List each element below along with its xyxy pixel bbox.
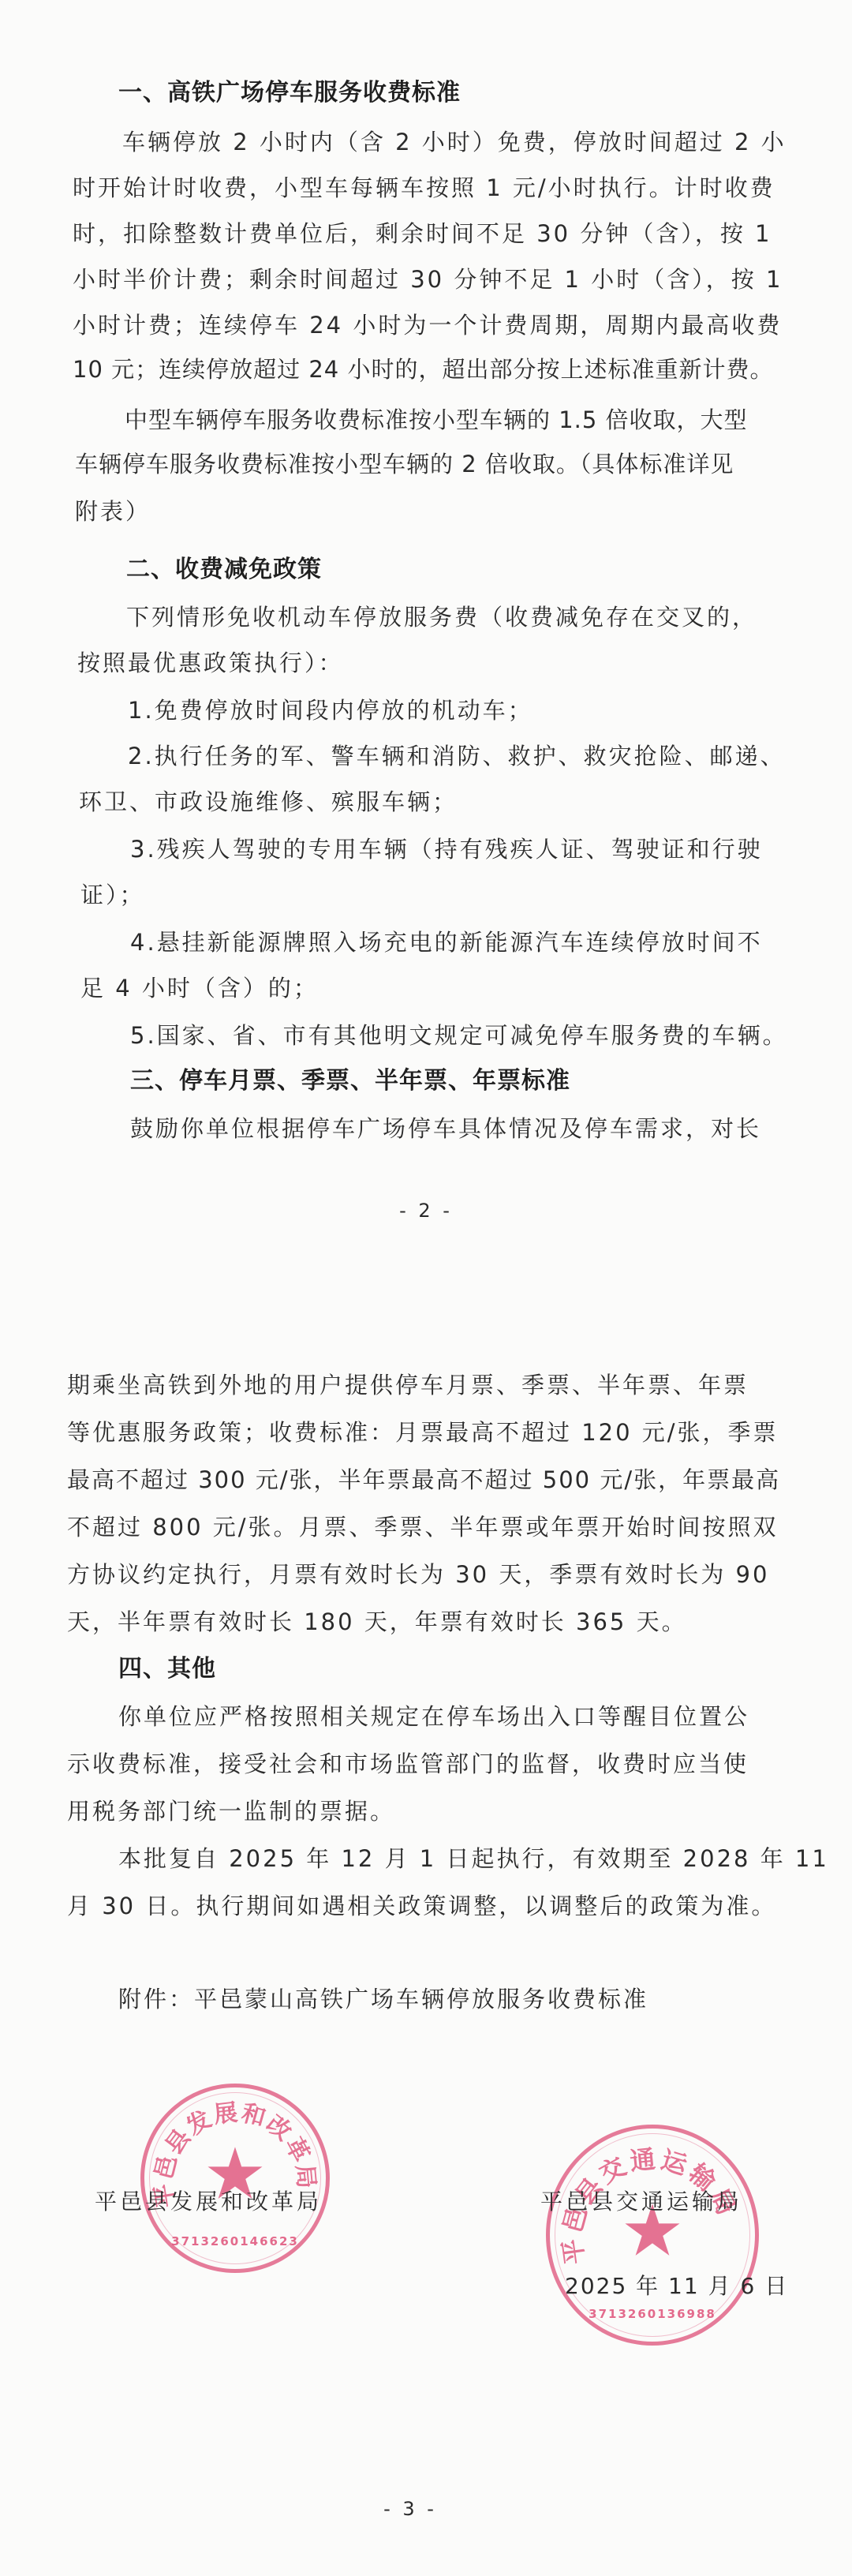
- paragraph-line: 你单位应严格按照相关规定在停车场出入口等醒目位置公: [118, 1701, 749, 1732]
- list-item: 5.国家、省、市有其他明文规定可减免停车服务费的车辆。: [130, 1020, 788, 1051]
- paragraph-line: 时，扣除整数计费单位后，剩余时间不足 30 分钟（含），按 1: [73, 218, 772, 249]
- paragraph-line: 用税务部门统一监制的票据。: [67, 1795, 395, 1827]
- seal-code: 3713260146623: [144, 2234, 326, 2248]
- signature-org-left: 平邑县发展和改革局: [95, 2185, 322, 2216]
- paragraph-line: 月 30 日。执行期间如遇相关政策调整，以调整后的政策为准。: [67, 1890, 776, 1922]
- paragraph-line: 中型车辆停车服务收费标准按小型车辆的 1.5 倍收取，大型: [125, 404, 748, 436]
- paragraph-line: 方协议约定执行，月票有效时长为 30 天，季票有效时长为 90: [67, 1559, 769, 1590]
- paragraph-line: 按照最优惠政策执行）：: [77, 647, 344, 679]
- page-number: - 3 -: [0, 2498, 836, 2520]
- paragraph-line: 时开始计时收费，小型车每辆车按照 1 元/小时执行。计时收费: [73, 172, 775, 204]
- paragraph-line: 最高不超过 300 元/张，半年票最高不超过 500 元/张，年票最高: [67, 1464, 780, 1496]
- paragraph-line: 附表）: [75, 496, 151, 527]
- signature-org-right: 平邑县交通运输局: [540, 2185, 742, 2216]
- list-item: 2.执行任务的军、警车辆和消防、救护、救灾抢险、邮递、: [128, 740, 786, 772]
- paragraph-line: 车辆停放 2 小时内（含 2 小时）免费，停放时间超过 2 小: [122, 126, 787, 158]
- list-item: 3.残疾人驾驶的专用车辆（持有残疾人证、驾驶证和行驶: [130, 833, 763, 865]
- page-number: - 2 -: [0, 1200, 852, 1222]
- list-item: 1.免费停放时间段内停放的机动车；: [128, 695, 533, 726]
- paragraph-line: 10 元；连续停放超过 24 小时的，超出部分按上述标准重新计费。: [73, 354, 773, 385]
- paragraph-line: 期乘坐高铁到外地的用户提供停车月票、季票、半年票、年票: [67, 1369, 749, 1401]
- official-seal-left: 平邑县发展和改革局 ★ 3713260146623: [140, 2084, 330, 2273]
- list-item: 足 4 小时（含）的；: [80, 972, 319, 1004]
- list-item: 4.悬挂新能源牌照入场充电的新能源汽车连续停放时间不: [130, 927, 763, 958]
- paragraph-line: 小时计费；连续停车 24 小时为一个计费周期，周期内最高收费: [73, 309, 782, 341]
- official-seal-right: 平邑县交通运输局 ★ 3713260136988: [546, 2125, 759, 2346]
- attachment-note: 附件：平邑蒙山高铁广场车辆停放服务收费标准: [118, 1983, 648, 2015]
- signature-date: 2025 年 11 月 6 日: [565, 2269, 788, 2301]
- section-heading-3: 三、停车月票、季票、半年票、年票标准: [130, 1065, 570, 1097]
- paragraph-line: 车辆停车服务收费标准按小型车辆的 2 倍收取。（具体标准详见: [75, 448, 734, 480]
- seal-code: 3713260136988: [550, 2307, 755, 2321]
- paragraph-line: 示收费标准，接受社会和市场监管部门的监督，收费时应当使: [67, 1748, 749, 1780]
- paragraph-line: 鼓励你单位根据停车广场停车具体情况及停车需求，对长: [130, 1113, 761, 1144]
- paragraph-line: 小时半价计费；剩余时间超过 30 分钟不足 1 小时（含），按 1: [73, 264, 783, 295]
- paragraph-line: 下列情形免收机动车停放服务费（收费减免存在交叉的，: [126, 601, 757, 633]
- paragraph-line: 等优惠服务政策；收费标准：月票最高不超过 120 元/张，季票: [67, 1417, 779, 1448]
- section-heading-2: 二、收费减免政策: [126, 554, 322, 586]
- section-heading-4: 四、其他: [118, 1653, 216, 1685]
- list-item: 环卫、市政设施维修、殡服车辆；: [79, 786, 458, 818]
- list-item: 证）；: [80, 879, 145, 911]
- paragraph-line: 本批复自 2025 年 12 月 1 日起执行，有效期至 2028 年 11: [118, 1843, 829, 1874]
- paragraph-line: 天，半年票有效时长 180 天，年票有效时长 365 天。: [67, 1606, 687, 1638]
- paragraph-line: 不超过 800 元/张。月票、季票、半年票或年票开始时间按照双: [67, 1511, 779, 1543]
- section-heading-1: 一、高铁广场停车服务收费标准: [118, 77, 461, 109]
